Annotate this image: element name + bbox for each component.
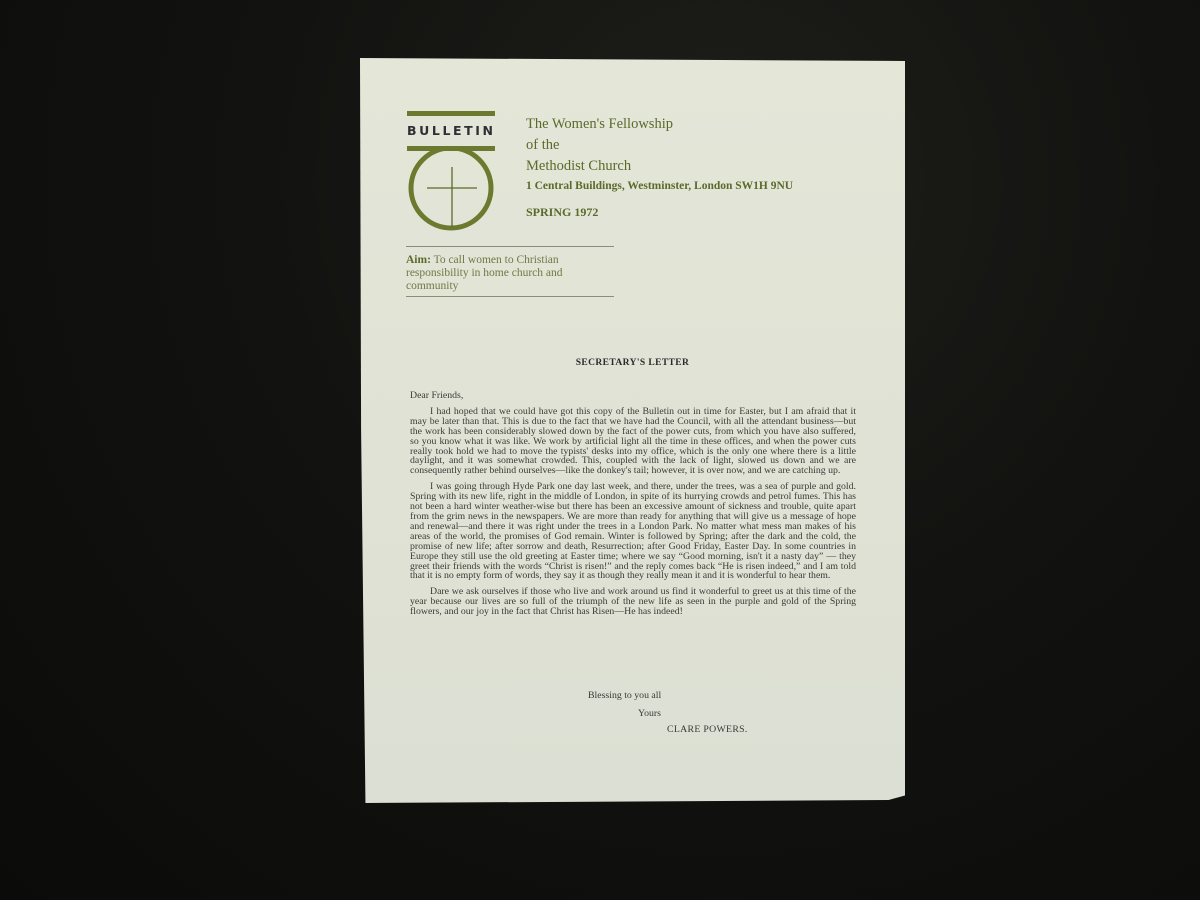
valediction: Yours — [638, 708, 661, 719]
salutation: Dear Friends, — [410, 391, 856, 401]
letter-paragraph: Dare we ask ourselves if those who live … — [410, 587, 856, 617]
org-line: Methodist Church — [526, 156, 673, 177]
letter-paragraph: I had hoped that we could have got this … — [410, 407, 856, 476]
aim-label: Aim: — [406, 254, 431, 266]
signature: CLARE POWERS. — [667, 724, 748, 735]
organization-name: The Women's Fellowship of the Methodist … — [526, 114, 673, 177]
address: 1 Central Buildings, Westminster, London… — [526, 180, 793, 192]
bulletin-logo: BULLETIN — [407, 111, 495, 233]
circle-cross-icon — [407, 147, 495, 233]
closing-line: Blessing to you all — [588, 690, 661, 701]
letter-title: SECRETARY'S LETTER — [395, 358, 870, 368]
letter-body: Dear Friends, I had hoped that we could … — [410, 391, 856, 623]
logo-word: BULLETIN — [407, 123, 495, 138]
letter-paragraph: I was going through Hyde Park one day la… — [410, 482, 856, 581]
org-line: of the — [526, 135, 673, 156]
org-line: The Women's Fellowship — [526, 114, 673, 135]
issue-date: SPRING 1972 — [526, 205, 598, 220]
logo-top-bar — [407, 111, 495, 116]
aim-statement: Aim: To call women to Christian responsi… — [406, 246, 614, 297]
